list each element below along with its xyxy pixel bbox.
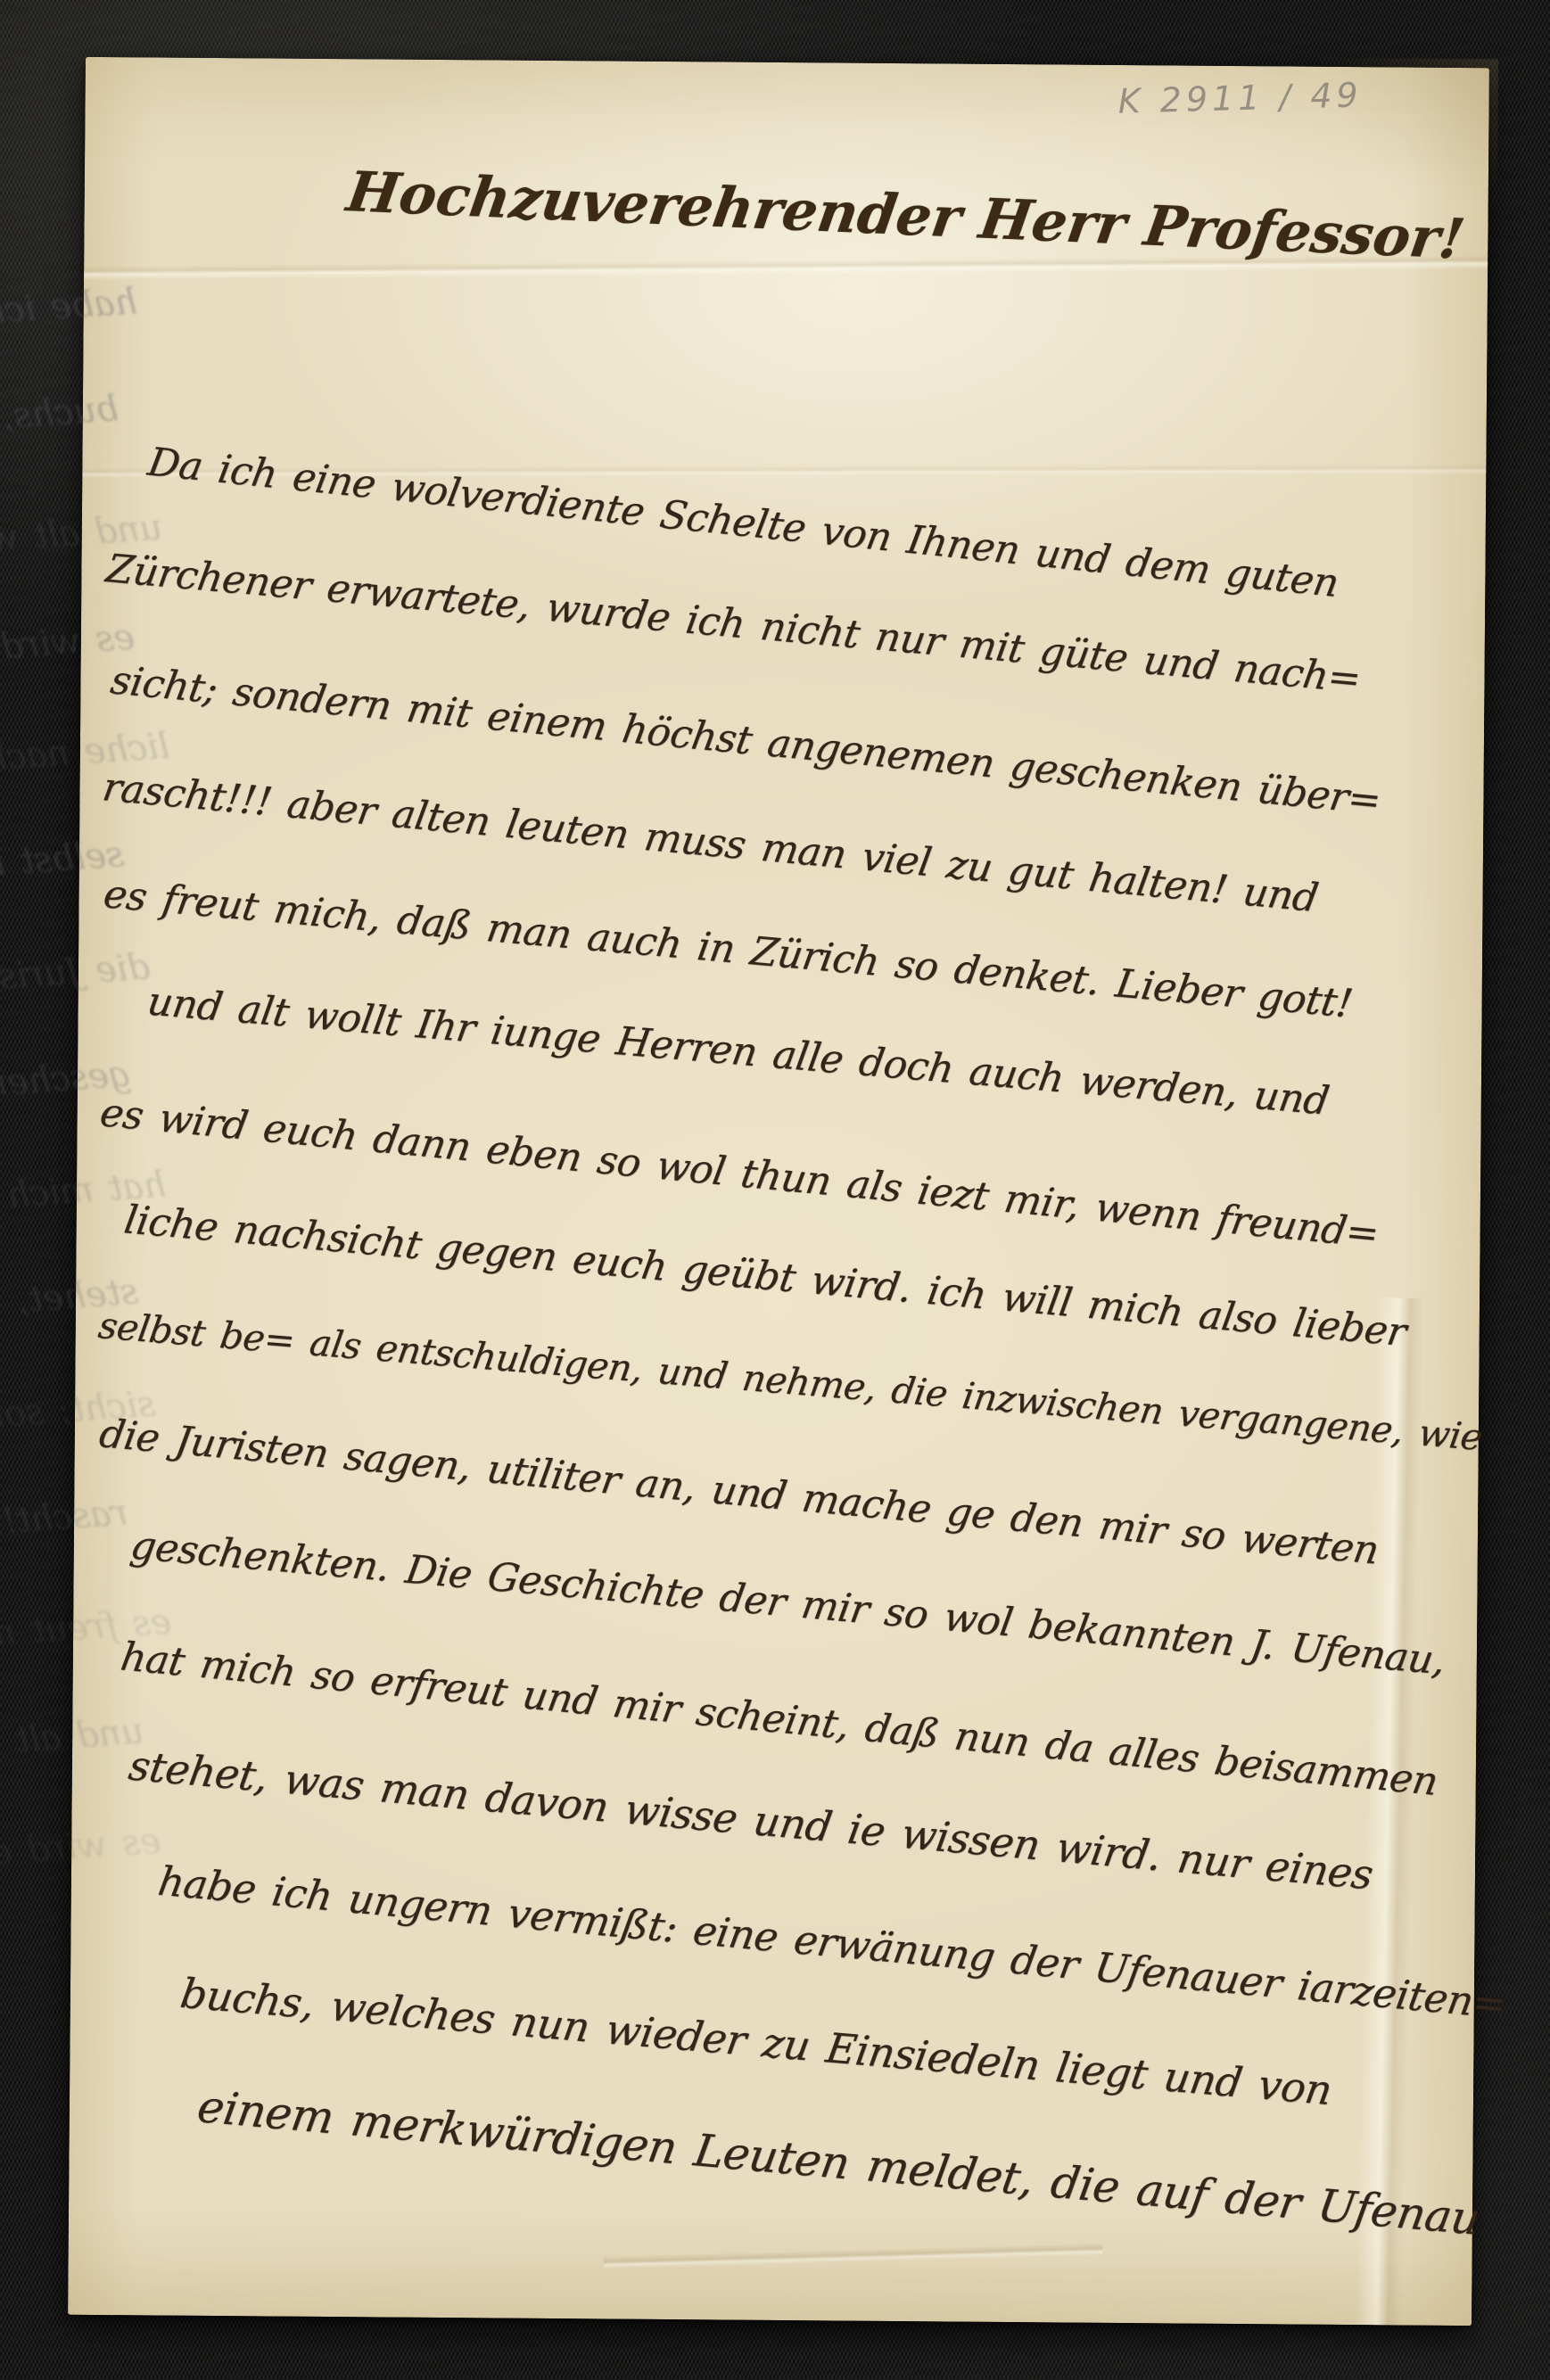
handwritten-line: selbst be= als entschuldigen, und nehme,… [95, 1305, 1485, 1458]
bleedthrough-line: und alt wollt Ihr iunge Herren alle doch… [0, 1711, 145, 1828]
paper-crease-bottom [604, 2243, 1103, 2269]
handwritten-line: einem merkwürdigen Leuten meldet, die au… [194, 2082, 1484, 2244]
handwritten-line: Zürchener erwartete, wurde ich nicht nur… [103, 548, 1364, 701]
ink-bleedthrough-layer: habe ich ungern vermißt: eine erwänung d… [68, 57, 1489, 2326]
bleedthrough-line: habe ich ungern vermißt: eine erwänung d… [0, 282, 138, 399]
paper-crease-horizontal [82, 464, 1486, 478]
bleedthrough-line: buchs, welches nun wieder zu Einsiedeln … [0, 389, 120, 500]
bleedthrough-line: rascht!!! aber alten leuten muss man vie… [0, 1493, 129, 1612]
handwritten-line: stehet, was man davon wisse und ie wisse… [126, 1743, 1376, 1898]
handwritten-line: buchs, welches nun wieder zu Einsiedeln … [177, 1971, 1335, 2113]
bleedthrough-line: es wird euch dann eben so wol thun als i… [0, 1822, 162, 1941]
handwritten-line: geschenkten. Die Geschichte der mir so w… [128, 1525, 1448, 1684]
bleedthrough-line: es freut mich, daß man auch in Zürich so… [0, 1602, 173, 1717]
handwriting-layer: Da ich eine wolverdiente Schelte von Ihn… [68, 57, 1489, 2326]
bleedthrough-line: und alt wollt Ihr iunge Herren alle doch… [0, 508, 163, 622]
handwritten-line: liche nachsicht gegen euch geübt wird. i… [121, 1198, 1409, 1355]
bleedthrough-line: die Juristen sagen, utiliter an, und mac… [0, 948, 151, 1064]
paper-crease-vertical [1356, 1297, 1424, 2326]
bleedthrough-line: sicht; sondern mit einem höchst angeneme… [0, 1385, 157, 1503]
salutation-line: Hochzuverehrender Herr Professor! [342, 159, 1468, 271]
handwritten-line: es freut mich, daß man auch in Zürich so… [101, 873, 1356, 1026]
handwritten-line: und alt wollt Ihr iunge Herren alle doch… [144, 981, 1332, 1124]
letter-sheet: K 2911 / 49 Hochzuverehrender Herr Profe… [68, 57, 1489, 2326]
handwritten-line: es wird euch dann eben so wol thun als i… [97, 1091, 1382, 1256]
bleedthrough-line: stehet, was man davon wisse und ie wisse… [0, 1272, 140, 1393]
bleedthrough-line: geschenkten. Die Geschichte der mir so w… [0, 1054, 133, 1180]
handwritten-line: Da ich eine wolverdiente Schelte von Ihn… [144, 441, 1341, 605]
bleedthrough-line: hat mich so erfreut und mir scheint, daß… [0, 1165, 168, 1288]
handwritten-line: hat mich so erfreut und mir scheint, daß… [118, 1635, 1441, 1804]
handwritten-line: sicht; sondern mit einem höchst angeneme… [107, 659, 1383, 823]
bleedthrough-line: liche nachsicht gegen euch geübt wird. i… [0, 727, 170, 846]
handwritten-line: habe ich ungern vermißt: eine erwänung d… [155, 1859, 1510, 2027]
archive-shelfmark: K 2911 / 49 [1117, 75, 1363, 120]
handwritten-line: die Juristen sagen, utiliter an, und mac… [96, 1412, 1381, 1573]
bleedthrough-line: es wird euch dann eben so wol thun als i… [0, 617, 136, 745]
bleedthrough-line: selbst be= als entschuldigen, und nehme,… [0, 835, 126, 972]
handwritten-line: rascht!!! aber alten leuten muss man vie… [100, 766, 1321, 920]
photo-fabric-background: K 2911 / 49 Hochzuverehrender Herr Profe… [0, 0, 1550, 2380]
